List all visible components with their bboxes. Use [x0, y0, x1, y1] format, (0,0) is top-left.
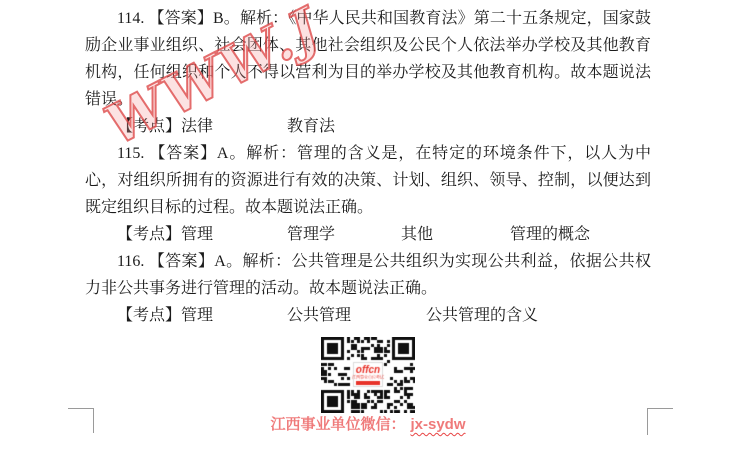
kaodian-item: 教育法: [287, 113, 335, 140]
caption-prefix: 江西事业单位微信：: [270, 416, 405, 433]
kaodian-label: 【考点】: [117, 226, 181, 243]
answer-value: A。: [217, 145, 246, 162]
question-number: 116.: [117, 253, 149, 270]
qr-section: [85, 337, 651, 413]
kaodian-label: 【考点】: [117, 307, 181, 324]
kaodian-item: 公共管理: [287, 302, 426, 329]
answer-value: B。: [213, 10, 240, 27]
kaodian-item: 管理: [181, 221, 287, 248]
analysis-label: 解析：: [246, 145, 297, 162]
wechat-caption: 江西事业单位微信：jx-sydw: [85, 417, 651, 433]
kaodian-item: 管理的概念: [510, 221, 590, 248]
analysis-label: 解析：: [242, 253, 291, 270]
wechat-account: jx-sydw: [410, 416, 465, 433]
answer-value: A。: [214, 253, 242, 270]
answer-label: 【答案】: [149, 145, 217, 162]
answer-label: 【答案】: [149, 10, 213, 27]
text-boundary-mark-right: [647, 408, 673, 435]
kaodian-item: 管理: [181, 302, 287, 329]
answer-item-114: 114. 【答案】B。解析：《中华人民共和国教育法》第二十五条规定，国家鼓励企业…: [85, 5, 651, 113]
answer-item-115: 115. 【答案】A。解析：管理的含义是，在特定的环境条件下，以人为中心，对组织…: [85, 140, 651, 221]
document-body: 114. 【答案】B。解析：《中华人民共和国教育法》第二十五条规定，国家鼓励企业…: [85, 5, 651, 433]
qr-code: [321, 337, 415, 413]
kaodian-item: 法律: [181, 113, 287, 140]
kaodian-line-116: 【考点】管理公共管理公共管理的含义: [85, 302, 651, 329]
kaodian-item: 公共管理的含义: [426, 302, 538, 329]
question-number: 114.: [117, 10, 149, 27]
kaodian-line-114: 【考点】法律教育法: [85, 113, 651, 140]
kaodian-label: 【考点】: [117, 118, 181, 135]
text-boundary-mark-left: [68, 408, 94, 433]
document-page: 114. 【答案】B。解析：《中华人民共和国教育法》第二十五条规定，国家鼓励企业…: [0, 0, 741, 468]
question-number: 115.: [117, 145, 149, 162]
answer-label: 【答案】: [149, 253, 214, 270]
answer-item-116: 116. 【答案】A。解析：公共管理是公共组织为实现公共利益，依据公共权力非公共…: [85, 248, 651, 302]
kaodian-item: 其他: [401, 221, 510, 248]
analysis-label: 解析：: [240, 10, 288, 27]
kaodian-line-115: 【考点】管理管理学其他管理的概念: [85, 221, 651, 248]
kaodian-item: 管理学: [287, 221, 401, 248]
